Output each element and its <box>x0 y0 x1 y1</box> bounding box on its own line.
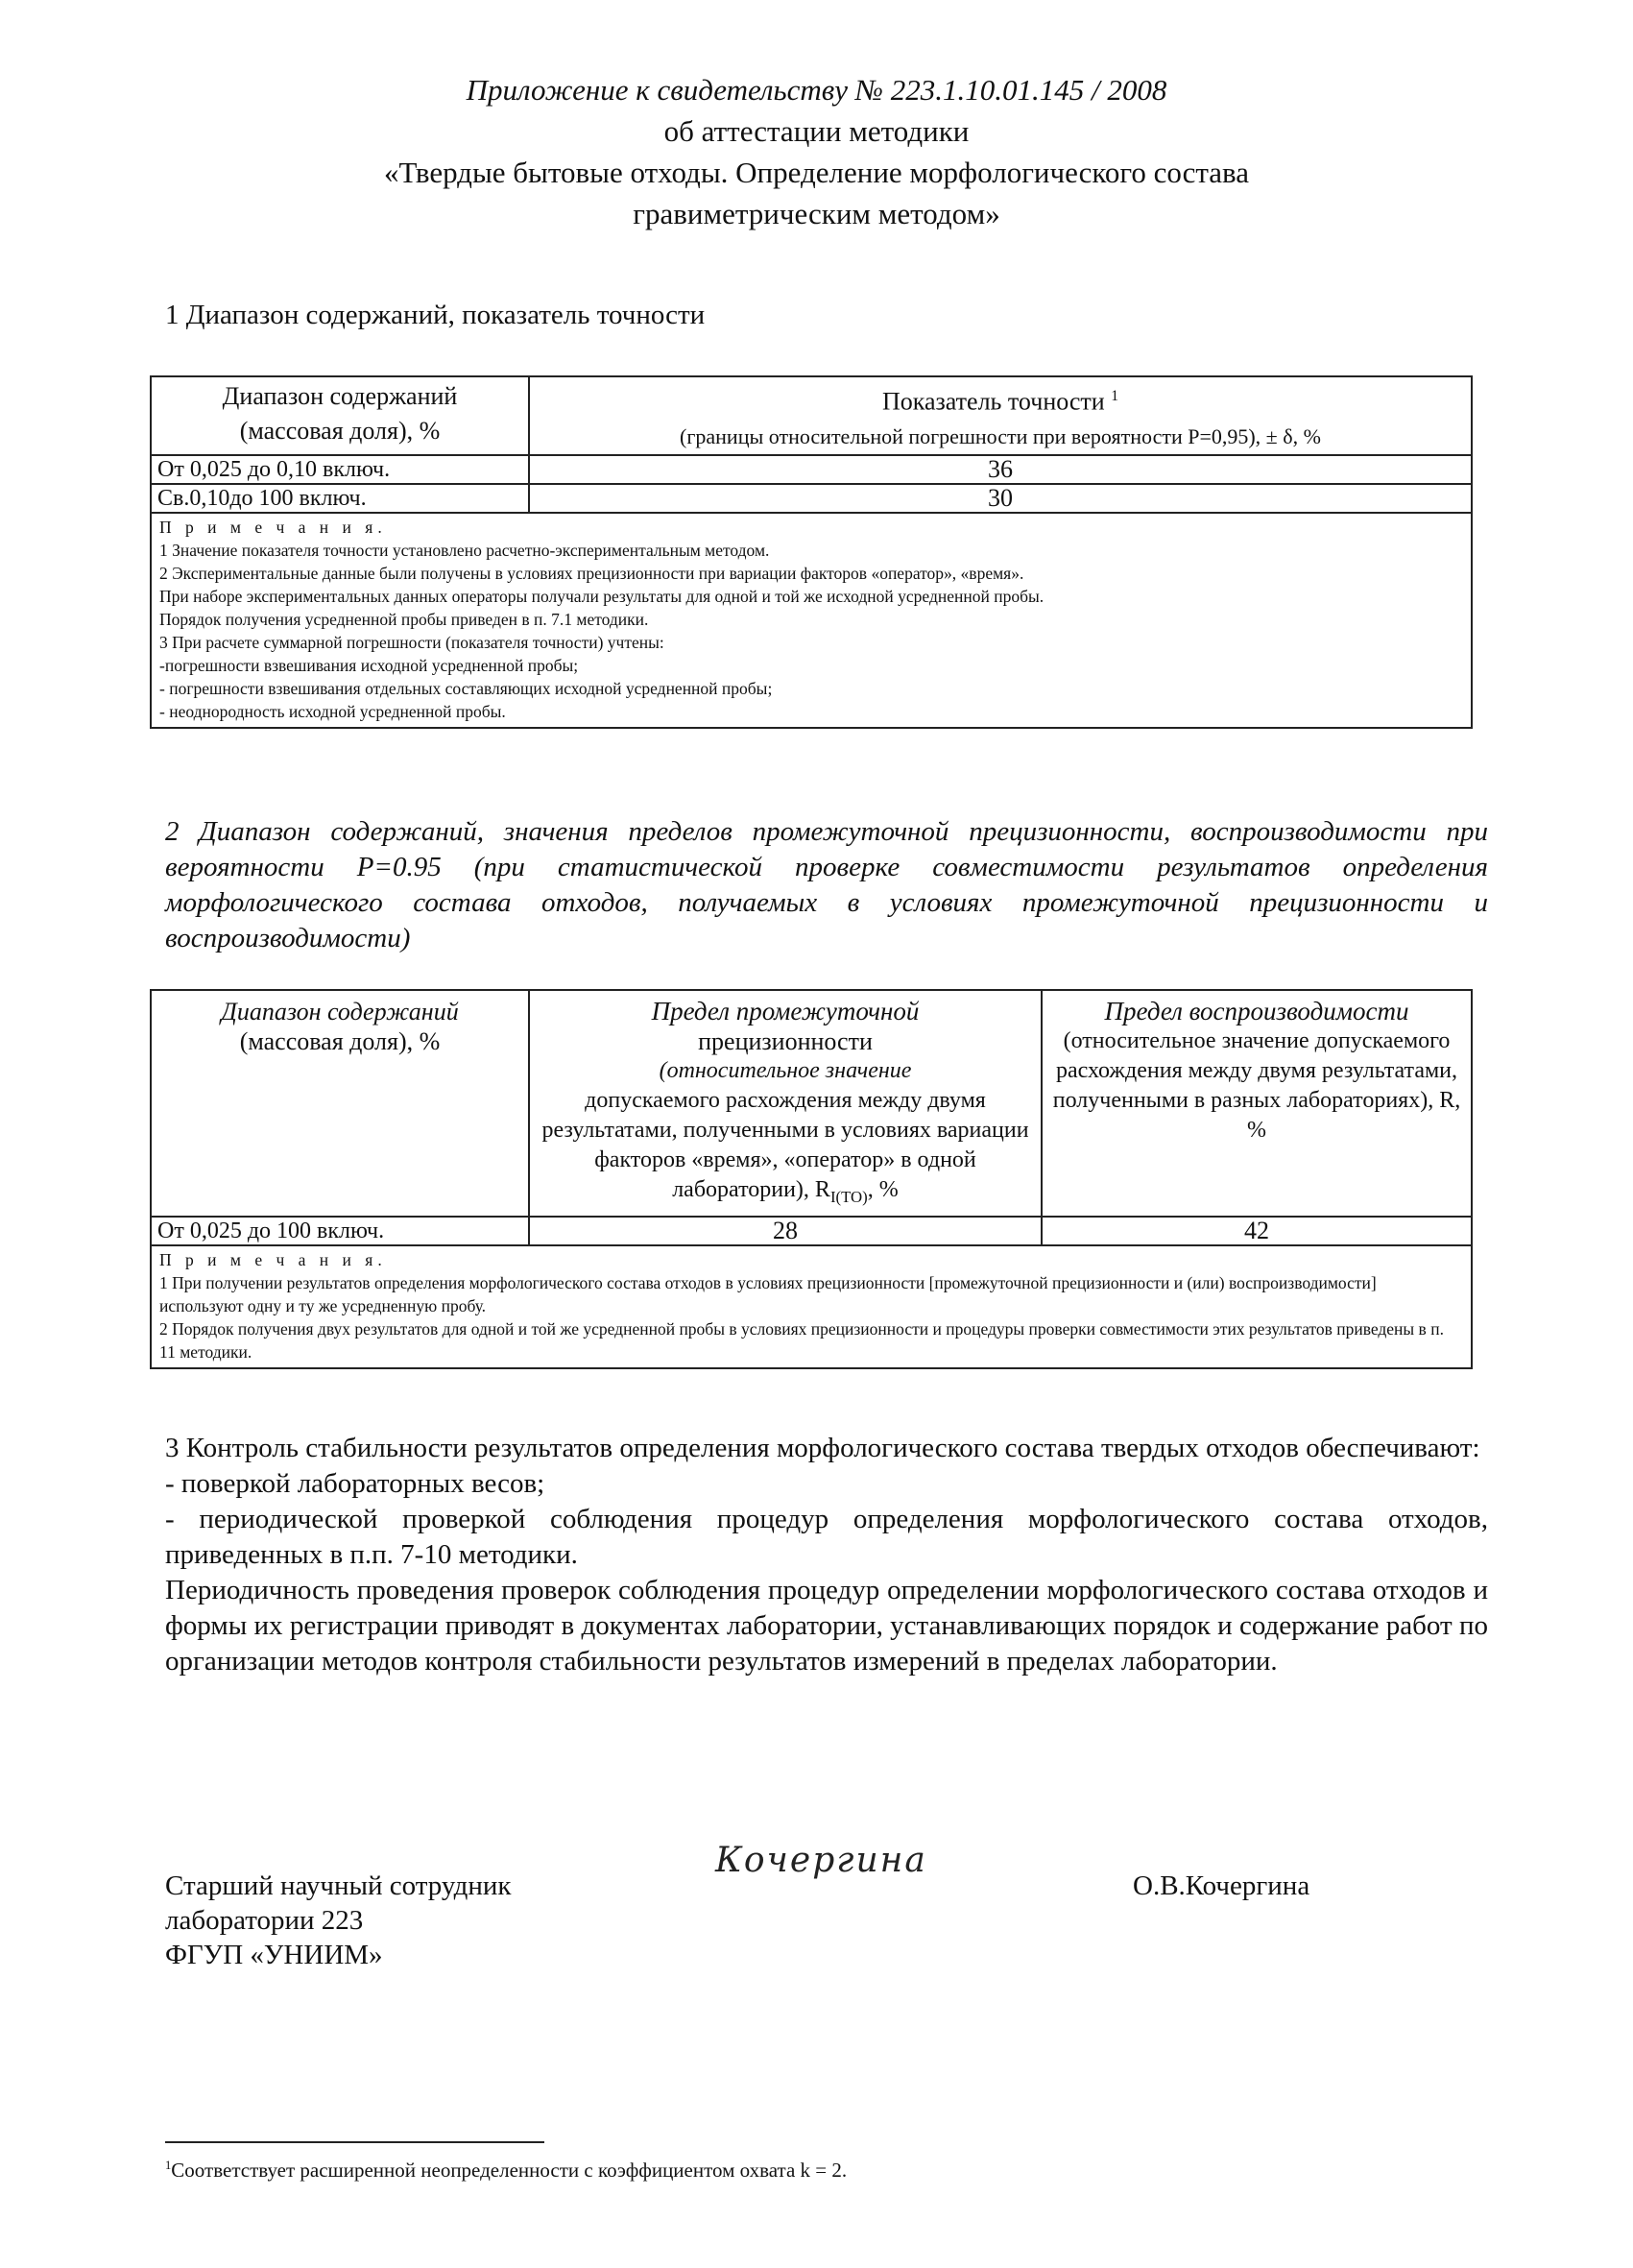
t1-note: - неоднородность исходной усредненной пр… <box>159 700 1463 723</box>
t2-col2-header-line3: (относительное значение <box>536 1056 1035 1086</box>
t2-col3-header-line1: Предел воспроизводимости <box>1048 997 1465 1026</box>
t2-col2-header-line1: Предел промежуточной <box>536 997 1035 1026</box>
t1-col1-header-line1: Диапазон содержаний <box>157 379 522 414</box>
accuracy-table: Диапазон содержаний (массовая доля), % П… <box>150 375 1473 729</box>
t1-col2-header-line2: (границы относительной погрешности при в… <box>536 420 1465 454</box>
signatory-name: О.В.Кочергина <box>1133 1869 1309 1903</box>
position-line1: Старший научный сотрудник <box>165 1869 511 1903</box>
header-line-1: Приложение к свидетельству № 223.1.10.01… <box>0 69 1633 110</box>
header-line-4: гравиметрическим методом» <box>0 193 1633 234</box>
footnote-text: Соответствует расширенной неопределеннос… <box>171 2159 847 2182</box>
t1-note: 3 При расчете суммарной погрешности (пок… <box>159 631 1463 654</box>
t1-col2-header: Показатель точности 1 (границы относител… <box>529 376 1472 455</box>
t1-col2-title: Показатель точности <box>882 388 1105 416</box>
t1-note: - погрешности взвешивания отдельных сост… <box>159 677 1463 700</box>
t2-col2-header-line2: прецизионности <box>536 1026 1035 1056</box>
t2-col2-unit: , % <box>868 1177 899 1202</box>
header-line-2: об аттестации методики <box>0 110 1633 152</box>
t1-row1-value: 36 <box>529 455 1472 484</box>
precision-table: Диапазон содержаний (массовая доля), % П… <box>150 989 1473 1369</box>
handwritten-signature: Кочергина <box>715 1841 927 1880</box>
t2-row1-reproducibility: 42 <box>1042 1217 1472 1245</box>
t2-col1-header-line2: (массовая доля), % <box>157 1026 522 1056</box>
document-header: Приложение к свидетельству № 223.1.10.01… <box>0 69 1633 234</box>
section2-title: 2 Диапазон содержаний, значения пределов… <box>165 814 1488 956</box>
t1-note: Порядок получения усредненной пробы прив… <box>159 608 1463 631</box>
t1-note: -погрешности взвешивания исходной усредн… <box>159 654 1463 677</box>
section3-item: - поверкой лабораторных весов; <box>165 1466 1488 1502</box>
footnote-divider <box>165 2141 544 2143</box>
signatory-position: Старший научный сотрудник лаборатории 22… <box>165 1869 511 1972</box>
t2-note-title: П р и м е ч а н и я. <box>159 1248 1463 1271</box>
section3-item: - периодической проверкой соблюдения про… <box>165 1502 1488 1573</box>
t1-row2-range: Св.0,10до 100 включ. <box>151 484 529 513</box>
t1-note-title: П р и м е ч а н и я. <box>159 516 1463 539</box>
t1-note: 2 Экспериментальные данные были получены… <box>159 562 1463 585</box>
t1-row2-value: 30 <box>529 484 1472 513</box>
footnote-ref: 1 <box>1111 388 1118 404</box>
t2-notes: П р и м е ч а н и я. 1 При получении рез… <box>151 1245 1472 1368</box>
t2-col2-desc: допускаемого расхождения между двумя рез… <box>541 1088 1028 1202</box>
t1-col1-header-line2: (массовая доля), % <box>157 414 522 448</box>
t1-row1-range: От 0,025 до 0,10 включ. <box>151 455 529 484</box>
section3: 3 Контроль стабильности результатов опре… <box>165 1431 1488 1679</box>
t2-col2-header-line4: допускаемого расхождения между двумя рез… <box>536 1086 1035 1212</box>
position-line3: ФГУП «УНИИМ» <box>165 1938 511 1972</box>
t2-col3-header-line2: (относительное значение допускаемого рас… <box>1048 1026 1465 1146</box>
t2-row1-range: От 0,025 до 100 включ. <box>151 1217 529 1245</box>
t1-notes: П р и м е ч а н и я. 1 Значение показате… <box>151 513 1472 728</box>
t1-col1-header: Диапазон содержаний (массовая доля), % <box>151 376 529 455</box>
t2-col2-header: Предел промежуточной прецизионности (отн… <box>529 990 1042 1217</box>
t1-note: При наборе экспериментальных данных опер… <box>159 585 1463 608</box>
footnote: 1Соответствует расширенной неопределенно… <box>165 2159 847 2183</box>
t2-col1-header: Диапазон содержаний (массовая доля), % <box>151 990 529 1217</box>
t2-col2-subscript: I(TO) <box>830 1188 868 1206</box>
table-row: Св.0,10до 100 включ. 30 <box>151 484 1472 513</box>
section3-intro: 3 Контроль стабильности результатов опре… <box>165 1431 1488 1466</box>
t2-note: 2 Порядок получения двух результатов для… <box>159 1317 1463 1363</box>
t1-col2-header-line1: Показатель точности 1 <box>536 379 1465 420</box>
position-line2: лаборатории 223 <box>165 1903 511 1938</box>
section1-title: 1 Диапазон содержаний, показатель точнос… <box>165 300 705 331</box>
t2-note: 1 При получении результатов определения … <box>159 1271 1463 1317</box>
header-line-3: «Твердые бытовые отходы. Определение мор… <box>0 152 1633 193</box>
t1-note: 1 Значение показателя точности установле… <box>159 539 1463 562</box>
table-row: От 0,025 до 0,10 включ. 36 <box>151 455 1472 484</box>
t2-col3-header: Предел воспроизводимости (относительное … <box>1042 990 1472 1217</box>
table-row: От 0,025 до 100 включ. 28 42 <box>151 1217 1472 1245</box>
t2-row1-intermediate: 28 <box>529 1217 1042 1245</box>
section3-closing: Периодичность проведения проверок соблюд… <box>165 1573 1488 1679</box>
t2-col1-header-line1: Диапазон содержаний <box>157 997 522 1026</box>
